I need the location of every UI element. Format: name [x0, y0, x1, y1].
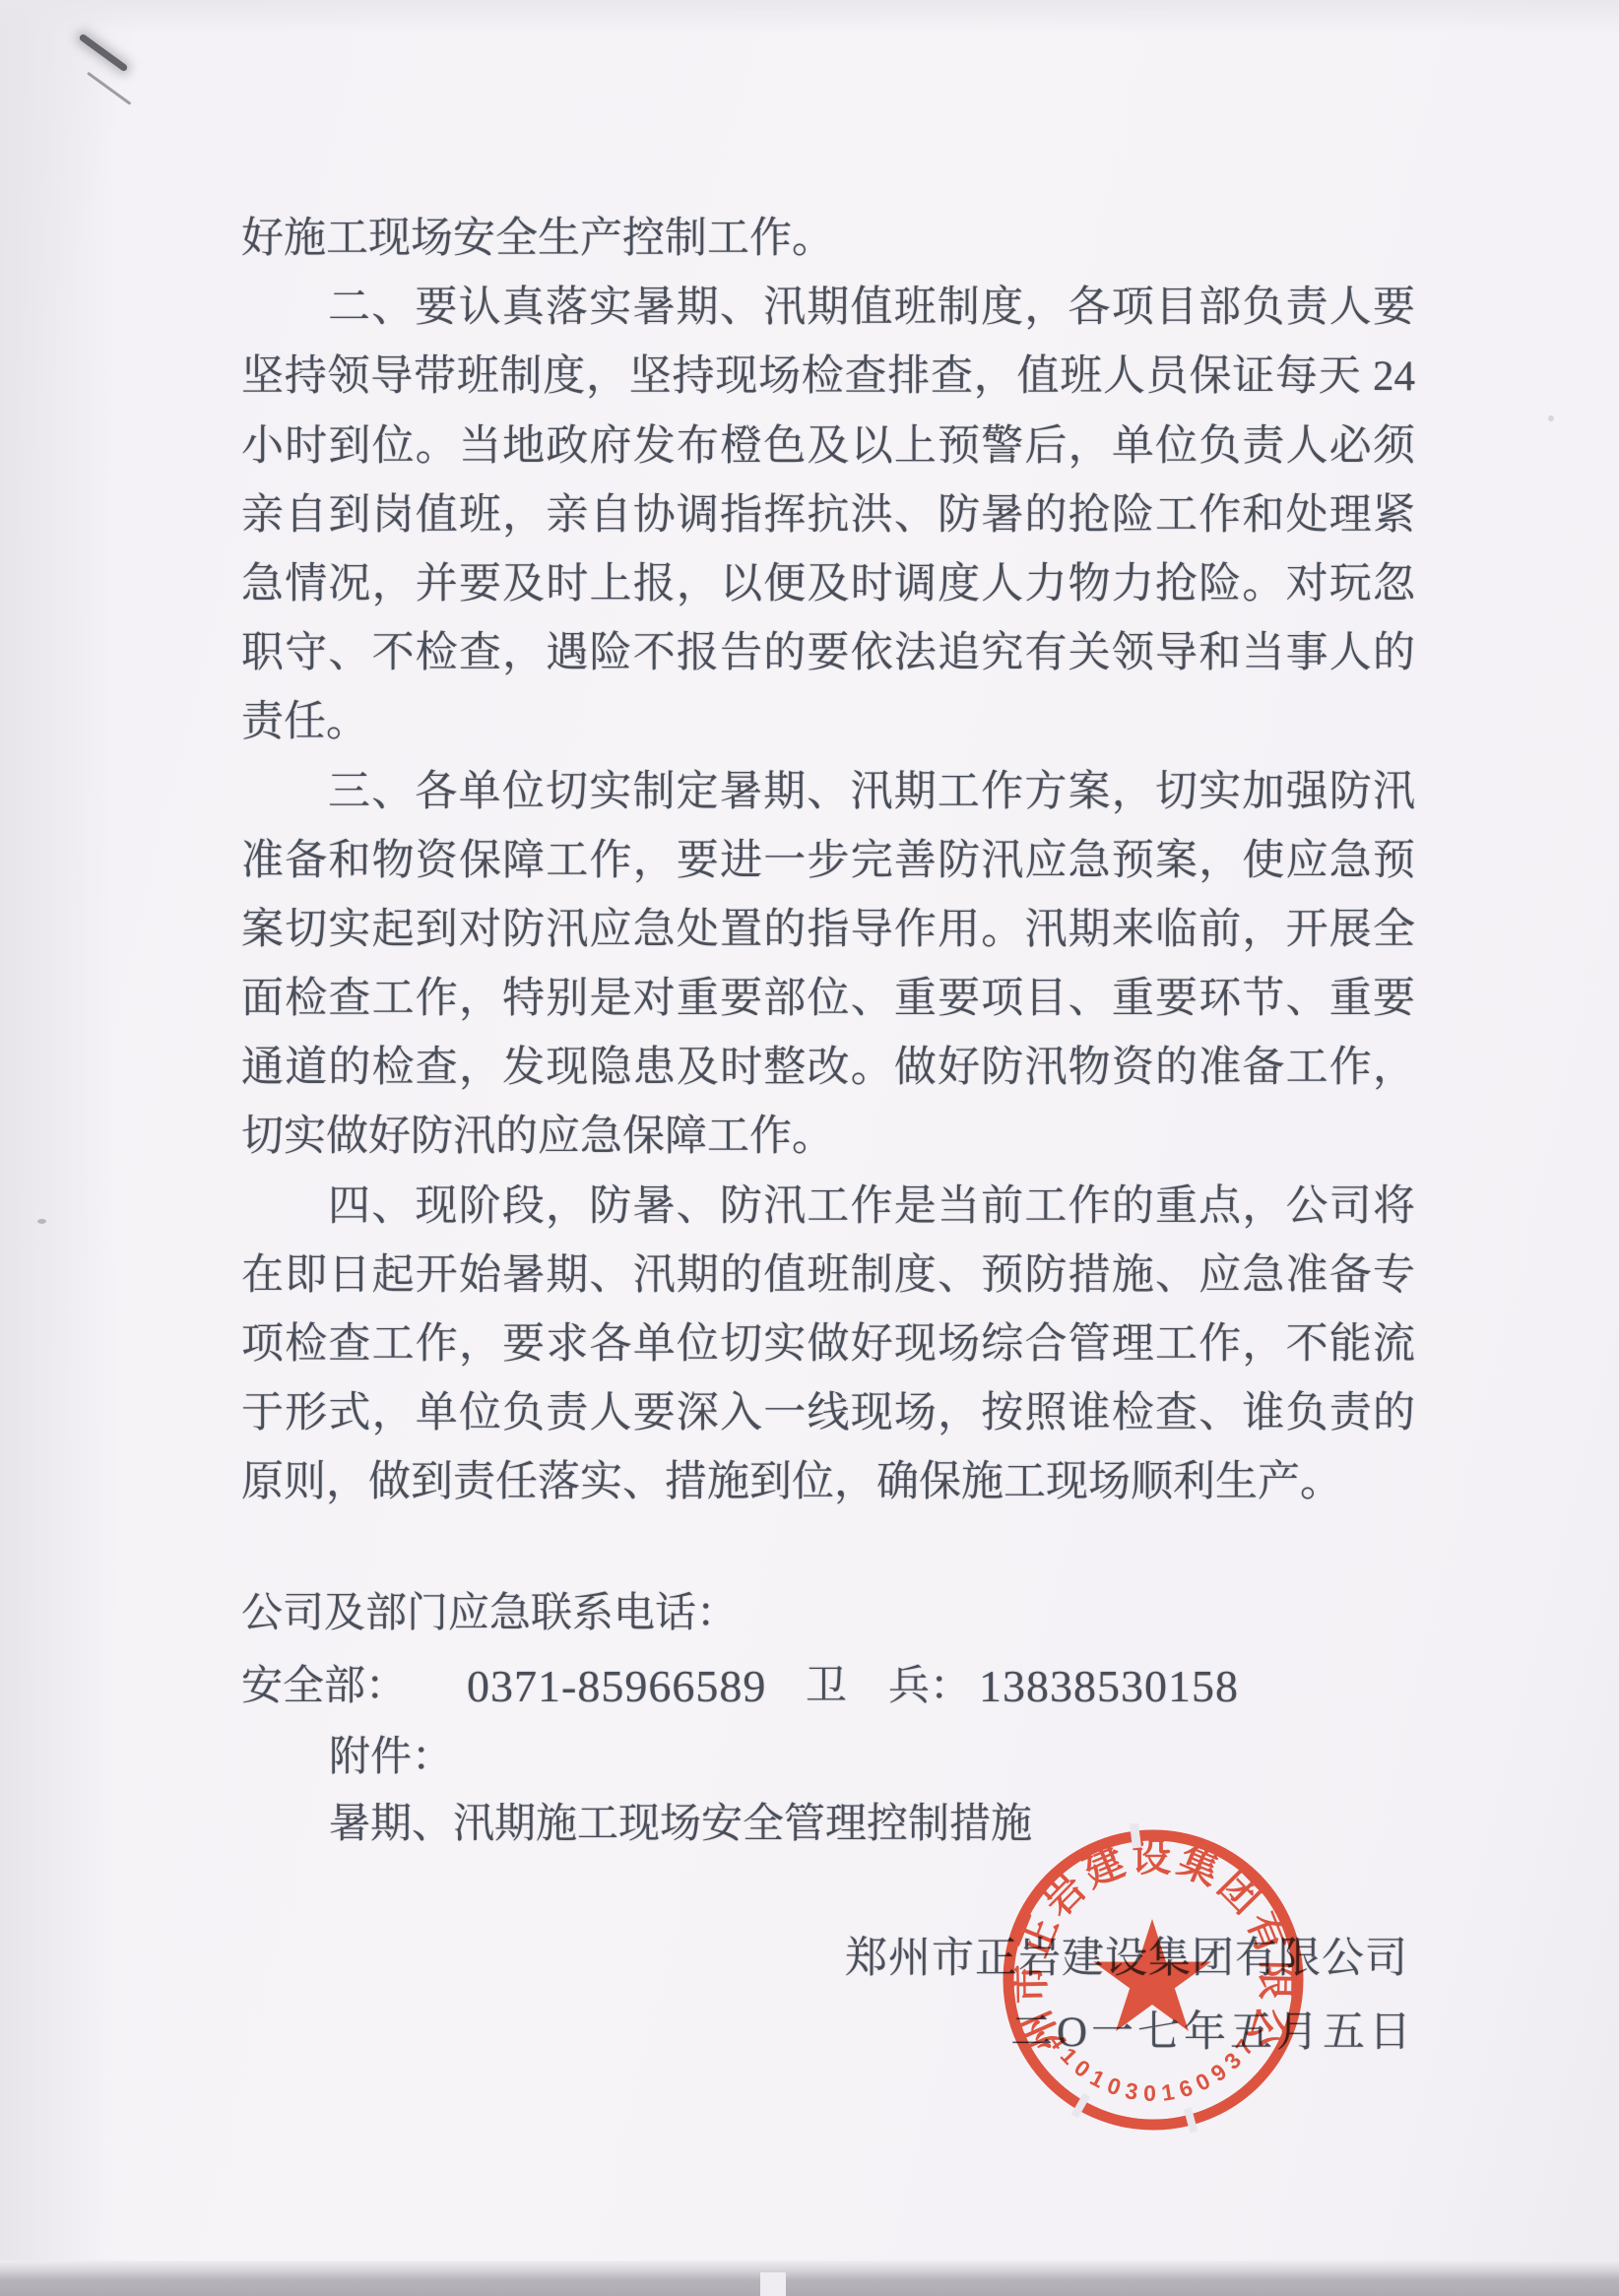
scan-artifact-speck: [37, 1219, 46, 1224]
company-seal: 郑州市正岩建设集团有限公司 4101030160937: [997, 1823, 1310, 2137]
document-body: 好施工现场安全生产控制工作。 二、要认真落实暑期、汛期值班制度，各项目部负责人要…: [241, 205, 1415, 1518]
body-line: 通道的检查，发现隐患及时整改。做好防汛物资的准备工作，: [241, 1034, 1415, 1103]
seal-ring-break: [1188, 2108, 1195, 2132]
contact-mobile: 13838530158: [979, 1652, 1239, 1721]
department-label: 安全部：: [241, 1652, 407, 1721]
body-line: 坚持领导带班制度，坚持现场检查排查，值班人员保证每天 24: [241, 343, 1415, 412]
body-line: 准备和物资保障工作，要进一步完善防汛应急预案，使应急预: [241, 827, 1415, 896]
body-line: 小时到位。当地政府发布橙色及以上预警后，单位负责人必须: [241, 413, 1415, 481]
body-line: 切实做好防汛的应急保障工作。: [241, 1103, 1415, 1172]
scan-edge-shadow-left: [0, 0, 138, 2296]
body-line: 项检查工作，要求各单位切实做好现场综合管理工作，不能流: [241, 1310, 1415, 1379]
scan-artifact-speck: [1548, 415, 1554, 421]
contact-heading: 公司及部门应急联系电话：: [241, 1579, 738, 1648]
scan-bottom-notch: [760, 2272, 786, 2296]
body-line: 四、现阶段，防暑、防汛工作是当前工作的重点，公司将: [241, 1173, 1415, 1242]
seal-ring-break: [1134, 1823, 1137, 1848]
body-line: 三、各单位切实制定暑期、汛期工作方案，切实加强防汛: [241, 758, 1415, 827]
seal-serial: 4101030160937: [1044, 2029, 1263, 2106]
body-line: 亲自到岗值班，亲自协调指挥抗洪、防暑的抢险工作和处理紧: [241, 481, 1415, 550]
body-line: 在即日起开始暑期、汛期的值班制度、预防措施、应急准备专: [241, 1242, 1415, 1310]
seal-star-icon: [1093, 1919, 1211, 2031]
body-line: 原则，做到责任落实、措施到位，确保施工现场顺利生产。: [241, 1448, 1415, 1517]
body-line: 面检查工作，特别是对重要部位、重要项目、重要环节、重要: [241, 965, 1415, 1034]
body-line: 责任。: [241, 688, 1415, 757]
department-phone: 0371-85966589: [467, 1652, 766, 1721]
contact-phone-row: 安全部： 0371-85966589 卫 兵： 13838530158: [0, 1652, 1619, 1721]
scan-edge-shadow-top: [0, 0, 1619, 33]
company-seal-graphic: 郑州市正岩建设集团有限公司 4101030160937: [997, 1823, 1310, 2137]
body-line: 职守、不检查，遇险不报告的要依法追究有关领导和当事人的: [241, 619, 1415, 688]
attachment-title: 暑期、汛期施工现场安全管理控制措施: [329, 1790, 1032, 1859]
body-line: 急情况，并要及时上报，以便及时调度人力物力抢险。对玩忽: [241, 550, 1415, 619]
body-line: 好施工现场安全生产控制工作。: [241, 205, 1415, 274]
body-line: 于形式，单位负责人要深入一线现场，按照谁检查、谁负责的: [241, 1379, 1415, 1448]
body-line: 二、要认真落实暑期、汛期值班制度，各项目部负责人要: [241, 274, 1415, 343]
body-line: 案切实起到对防汛应急处置的指导作用。汛期来临前，开展全: [241, 896, 1415, 965]
svg-text:4101030160937: 4101030160937: [1044, 2029, 1263, 2106]
scanned-document-page: 好施工现场安全生产控制工作。 二、要认真落实暑期、汛期值班制度，各项目部负责人要…: [0, 0, 1619, 2296]
scan-bottom-strip: [0, 2261, 1619, 2296]
contact-person: 卫 兵：: [806, 1652, 971, 1721]
attachment-label: 附件：: [329, 1723, 453, 1792]
